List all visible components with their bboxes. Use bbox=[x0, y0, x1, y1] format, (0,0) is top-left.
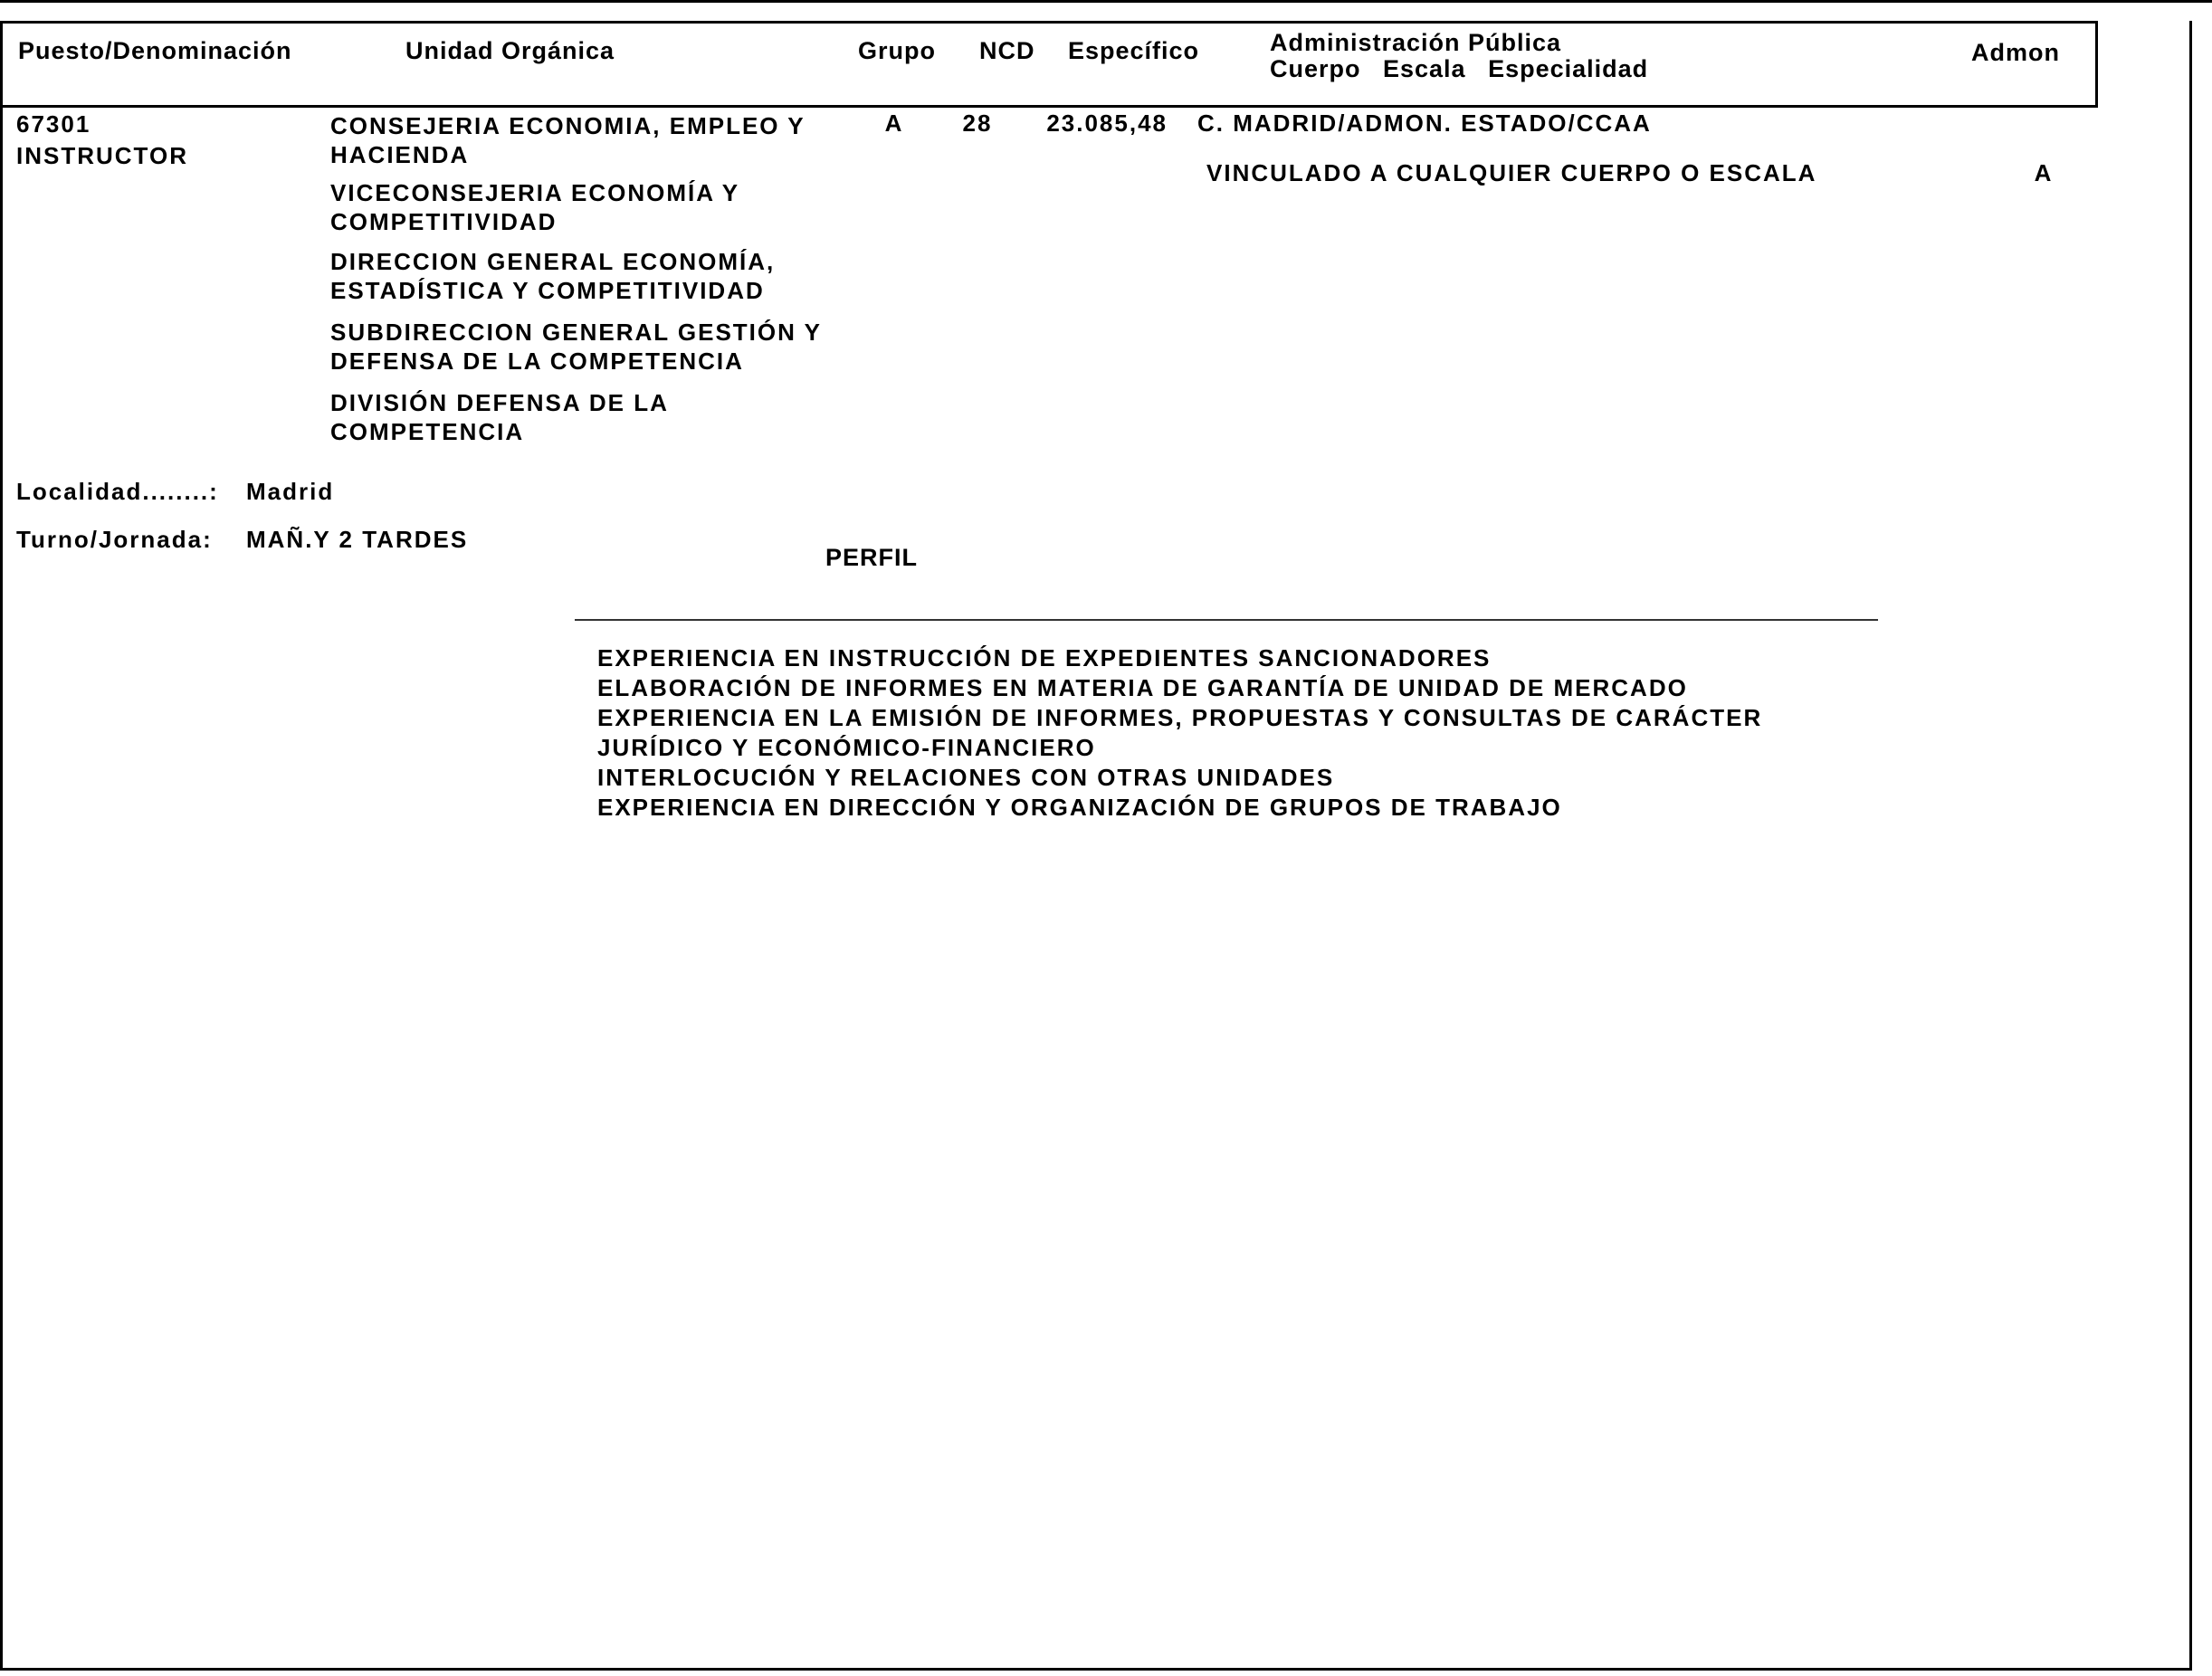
perfil-line: JURÍDICO Y ECONÓMICO-FINANCIERO bbox=[597, 733, 1762, 763]
org-unit-entry: DIVISIÓN DEFENSA DE LA COMPETENCIA bbox=[330, 388, 669, 446]
record-administracion-publica: C. MADRID/ADMON. ESTADO/CCAA bbox=[1197, 111, 1652, 135]
column-header-ncd: NCD bbox=[979, 39, 1035, 63]
perfil-line: INTERLOCUCIÓN Y RELACIONES CON OTRAS UNI… bbox=[597, 763, 1762, 793]
perfil-requirements: EXPERIENCIA EN INSTRUCCIÓN DE EXPEDIENTE… bbox=[597, 643, 1762, 823]
org-unit-line: DIVISIÓN DEFENSA DE LA bbox=[330, 388, 669, 417]
org-unit-entry: CONSEJERIA ECONOMIA, EMPLEO Y HACIENDA bbox=[330, 111, 806, 169]
localidad-value: Madrid bbox=[246, 480, 334, 503]
column-header-puesto: Puesto/Denominación bbox=[18, 39, 292, 63]
org-unit-line: HACIENDA bbox=[330, 140, 806, 169]
perfil-divider bbox=[575, 619, 1878, 621]
record-vinculacion: VINCULADO A CUALQUIER CUERPO O ESCALA bbox=[1206, 161, 1816, 185]
org-unit-line: COMPETENCIA bbox=[330, 417, 669, 446]
org-unit-line: DEFENSA DE LA COMPETENCIA bbox=[330, 347, 822, 376]
record-admon: A bbox=[2020, 161, 2067, 185]
turno-jornada-label: Turno/Jornada: bbox=[16, 528, 213, 551]
document-page: Puesto/Denominación Unidad Orgánica Grup… bbox=[0, 0, 2212, 1676]
localidad-label: Localidad........: bbox=[16, 480, 219, 503]
perfil-line: EXPERIENCIA EN INSTRUCCIÓN DE EXPEDIENTE… bbox=[597, 643, 1762, 673]
record-codigo: 67301 bbox=[16, 109, 188, 140]
column-header-grupo: Grupo bbox=[858, 39, 936, 63]
org-unit-entry: SUBDIRECCION GENERAL GESTIÓN Y DEFENSA D… bbox=[330, 318, 822, 376]
page-border-left bbox=[0, 21, 3, 1671]
org-unit-line: VICECONSEJERIA ECONOMÍA Y bbox=[330, 178, 739, 207]
org-unit-line: SUBDIRECCION GENERAL GESTIÓN Y bbox=[330, 318, 822, 347]
org-unit-line: COMPETITIVIDAD bbox=[330, 207, 739, 236]
org-unit-line: ESTADÍSTICA Y COMPETITIVIDAD bbox=[330, 276, 775, 305]
org-unit-entry: DIRECCION GENERAL ECONOMÍA, ESTADÍSTICA … bbox=[330, 247, 775, 305]
column-header-admon: Admon bbox=[1971, 41, 2060, 65]
org-unit-line: CONSEJERIA ECONOMIA, EMPLEO Y bbox=[330, 111, 806, 140]
column-header-unidad-organica: Unidad Orgánica bbox=[405, 39, 615, 63]
page-border-right bbox=[2189, 21, 2192, 1671]
page-border-bottom bbox=[0, 1668, 2192, 1671]
perfil-line: ELABORACIÓN DE INFORMES EN MATERIA DE GA… bbox=[597, 673, 1762, 703]
perfil-line: EXPERIENCIA EN LA EMISIÓN DE INFORMES, P… bbox=[597, 703, 1762, 733]
page-border-top bbox=[0, 0, 2212, 3]
record-denominacion: INSTRUCTOR bbox=[16, 140, 188, 172]
column-header-admin-line1: Administración Pública bbox=[1270, 30, 1648, 56]
table-header-box bbox=[0, 21, 2098, 108]
column-header-administracion-publica: Administración Pública Cuerpo Escala Esp… bbox=[1270, 30, 1648, 82]
turno-jornada-value: MAÑ.Y 2 TARDES bbox=[246, 528, 468, 551]
record-grupo: A bbox=[874, 111, 914, 135]
org-unit-line: DIRECCION GENERAL ECONOMÍA, bbox=[330, 247, 775, 276]
record-puesto-cell: 67301 INSTRUCTOR bbox=[16, 109, 188, 172]
record-especifico: 23.085,48 bbox=[996, 111, 1168, 135]
perfil-line: EXPERIENCIA EN DIRECCIÓN Y ORGANIZACIÓN … bbox=[597, 793, 1762, 823]
column-header-admin-line2: Cuerpo Escala Especialidad bbox=[1270, 56, 1648, 82]
column-header-especifico: Específico bbox=[1068, 39, 1199, 63]
perfil-title: PERFIL bbox=[825, 546, 918, 570]
org-unit-entry: VICECONSEJERIA ECONOMÍA Y COMPETITIVIDAD bbox=[330, 178, 739, 236]
